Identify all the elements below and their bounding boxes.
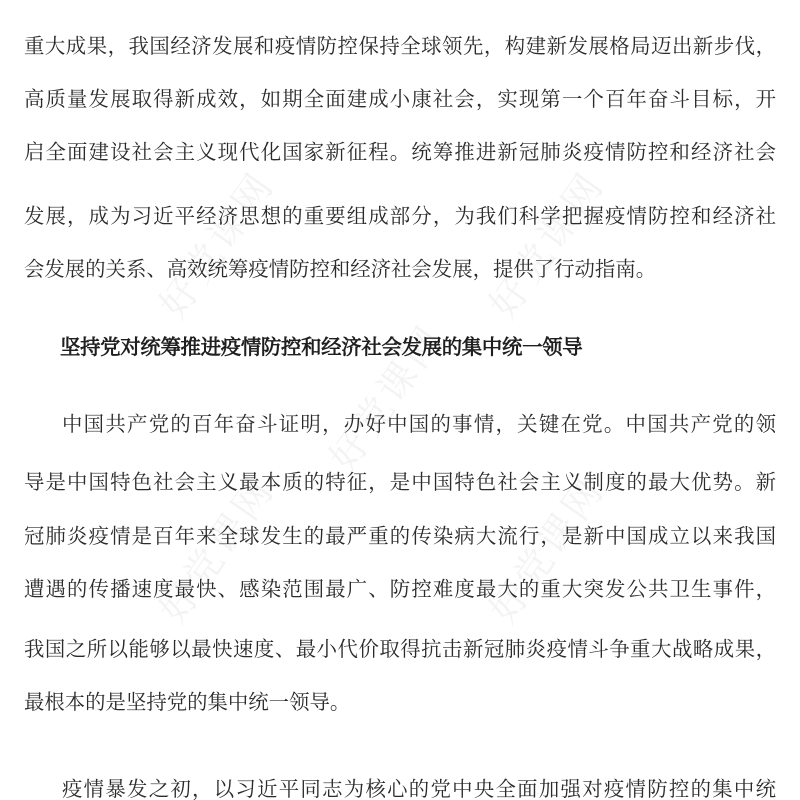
section-heading: 坚持党对统筹推进疫情防控和经济社会发展的集中统一领导: [60, 334, 582, 360]
paragraph-line: 遭遇的传播速度最快、感染范围最广、防控难度最大的重大突发公共卫生事件，: [24, 576, 776, 602]
paragraph-line: 启全面建设社会主义现代化国家新征程。统筹推进新冠肺炎疫情防控和经济社会: [24, 139, 776, 165]
paragraph-line: 高质量发展取得新成效，如期全面建成小康社会，实现第一个百年奋斗目标，开: [24, 86, 776, 112]
watermark: 好党课网: [143, 158, 284, 327]
paragraph-line: 最根本的是坚持党的集中统一领导。: [24, 689, 776, 715]
paragraph-line: 重大成果，我国经济发展和疫情防控保持全球领先，构建新发展格局迈出新步伐，: [24, 33, 776, 59]
cut-off-line: [24, 0, 776, 6]
paragraph-line: 冠肺炎疫情是百年来全球发生的最严重的传染病大流行，是新中国成立以来我国: [24, 523, 776, 549]
paragraph-line: 中国共产党的百年奋斗证明，办好中国的事情，关键在党。中国共产党的领: [62, 411, 776, 437]
paragraph-line: 导是中国特色社会主义最本质的特征，是中国特色社会主义制度的最大优势。新: [24, 469, 776, 495]
document-page: 好党课网 好党课网 好党课网 好党课网 好党课网 重大成果，我国经济发展和疫情防…: [0, 0, 800, 800]
paragraph-line: 发展，成为习近平经济思想的重要组成部分，为我们科学把握疫情防控和经济社: [24, 203, 776, 229]
paragraph-line: 会发展的关系、高效统筹疫情防控和经济社会发展，提供了行动指南。: [24, 256, 776, 282]
paragraph-line: 疫情暴发之初，以习近平同志为核心的党中央全面加强对疫情防控的集中统: [62, 776, 776, 800]
paragraph-line: 我国之所以能够以最快速度、最小代价取得抗击新冠肺炎疫情斗争重大战略成果，: [24, 636, 776, 662]
watermark: 好党课网: [473, 158, 614, 327]
